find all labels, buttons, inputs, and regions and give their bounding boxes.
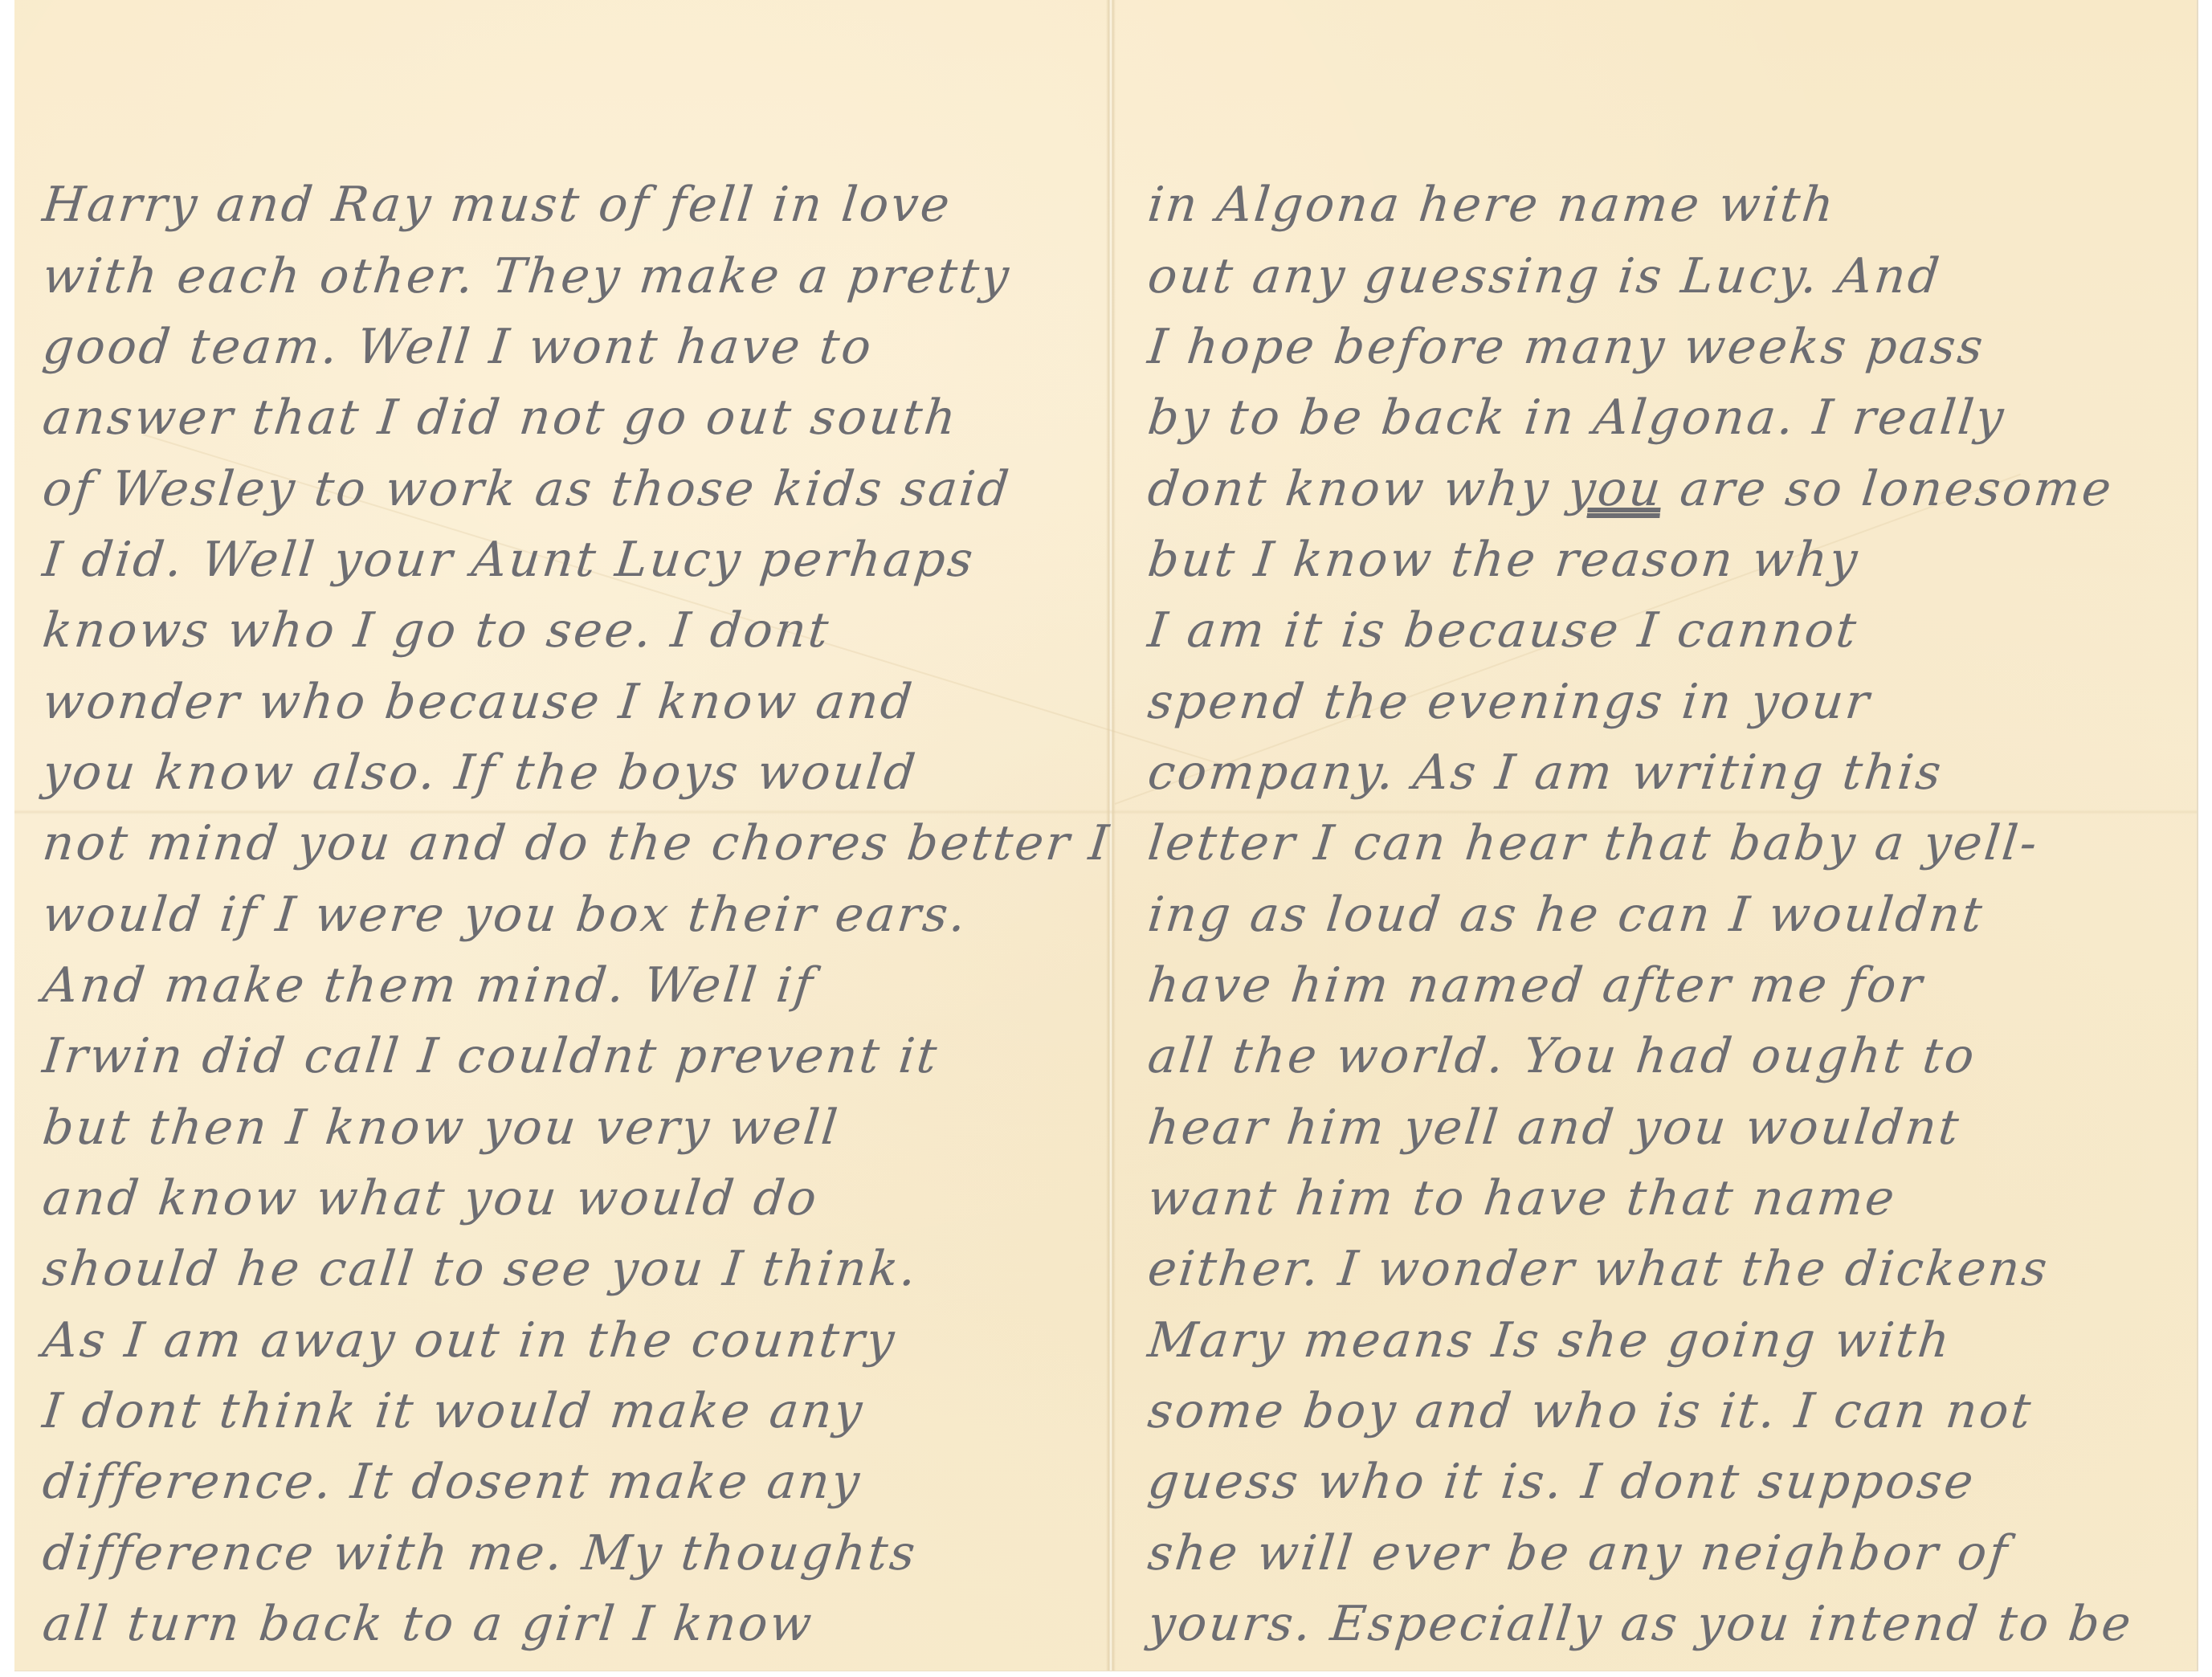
letter-line: I am it is because I cannot <box>1145 604 1861 657</box>
letter-line: in Algona here name with <box>1145 178 1839 231</box>
letter-line: of Wesley to work as those kids said <box>40 463 1014 516</box>
letter-line: And make them mind. Well if <box>40 959 818 1012</box>
scanned-letter-page: Harry and Ray must of fell in love with … <box>0 0 2212 1677</box>
underlined-word: you <box>1565 461 1666 517</box>
letter-line: hear him yell and you wouldnt <box>1145 1101 1963 1154</box>
letter-line: she will ever be any neighbor of <box>1145 1527 2012 1580</box>
letter-line: all turn back to a girl I know <box>40 1597 816 1650</box>
letter-line: answer that I did not go out south <box>40 391 961 444</box>
letter-line-with-underline: dont know why you are so lonesome <box>1145 463 2116 516</box>
letter-line: wonder who because I know and <box>40 675 916 728</box>
line-text-after: are so lonesome <box>1659 461 2116 517</box>
letter-line: but I know the reason why <box>1145 533 1862 586</box>
letter-line: yours. Especially as you intend to be <box>1145 1597 2136 1650</box>
line-text-before: dont know why <box>1145 461 1571 517</box>
letter-line: spend the evenings in your <box>1145 675 1874 728</box>
letter-line: out any guessing is Lucy. And <box>1145 250 1944 303</box>
letter-line: want him to have that name <box>1145 1172 1899 1225</box>
letter-line: Harry and Ray must of fell in love <box>40 178 954 231</box>
letter-line: ing as loud as he can I wouldnt <box>1145 888 1987 941</box>
letter-line: I did. Well your Aunt Lucy perhaps <box>40 533 977 586</box>
letter-line: Irwin did call I couldnt prevent it <box>40 1030 941 1083</box>
letter-line: some boy and who is it. I can not <box>1145 1385 2035 1438</box>
letter-line: you know also. If the boys would <box>40 746 920 799</box>
letter-line: by to be back in Algona. I really <box>1145 391 2008 444</box>
letter-line: I dont think it would make any <box>40 1385 867 1438</box>
letter-line: all the world. You had ought to <box>1145 1030 1979 1083</box>
letter-line: knows who I go to see. I dont <box>40 604 833 657</box>
letter-line: difference with me. My thoughts <box>40 1527 920 1580</box>
scan-margin <box>2198 0 2212 1677</box>
letter-line: not mind you and do the chores better I <box>40 817 1113 870</box>
letter-line: should he call to see you I think. <box>40 1242 921 1295</box>
letter-line: have him named after me for <box>1145 959 1927 1012</box>
left-page-text: Harry and Ray must of fell in love with … <box>40 0 1084 1677</box>
letter-line: As I am away out in the country <box>40 1314 899 1367</box>
letter-line: and know what you would do <box>40 1172 821 1225</box>
letter-line: letter I can hear that baby a yell- <box>1145 817 2042 870</box>
letter-line: difference. It dosent make any <box>40 1455 864 1508</box>
right-page-text: in Algona here name with out any guessin… <box>1145 0 2190 1677</box>
letter-line: Mary means Is she going with <box>1145 1314 1954 1367</box>
letter-line: good team. Well I wont have to <box>40 320 875 373</box>
letter-line: I hope before many weeks pass <box>1145 320 1988 373</box>
letter-line: but then I know you very well <box>40 1101 843 1154</box>
letter-line: with each other. They make a pretty <box>40 250 1014 303</box>
letter-line: would if I were you box their ears. <box>40 888 970 941</box>
letter-line: company. As I am writing this <box>1145 746 1946 799</box>
letter-line: either. I wonder what the dickens <box>1145 1242 2051 1295</box>
letter-line: guess who it is. I dont suppose <box>1145 1455 1978 1508</box>
